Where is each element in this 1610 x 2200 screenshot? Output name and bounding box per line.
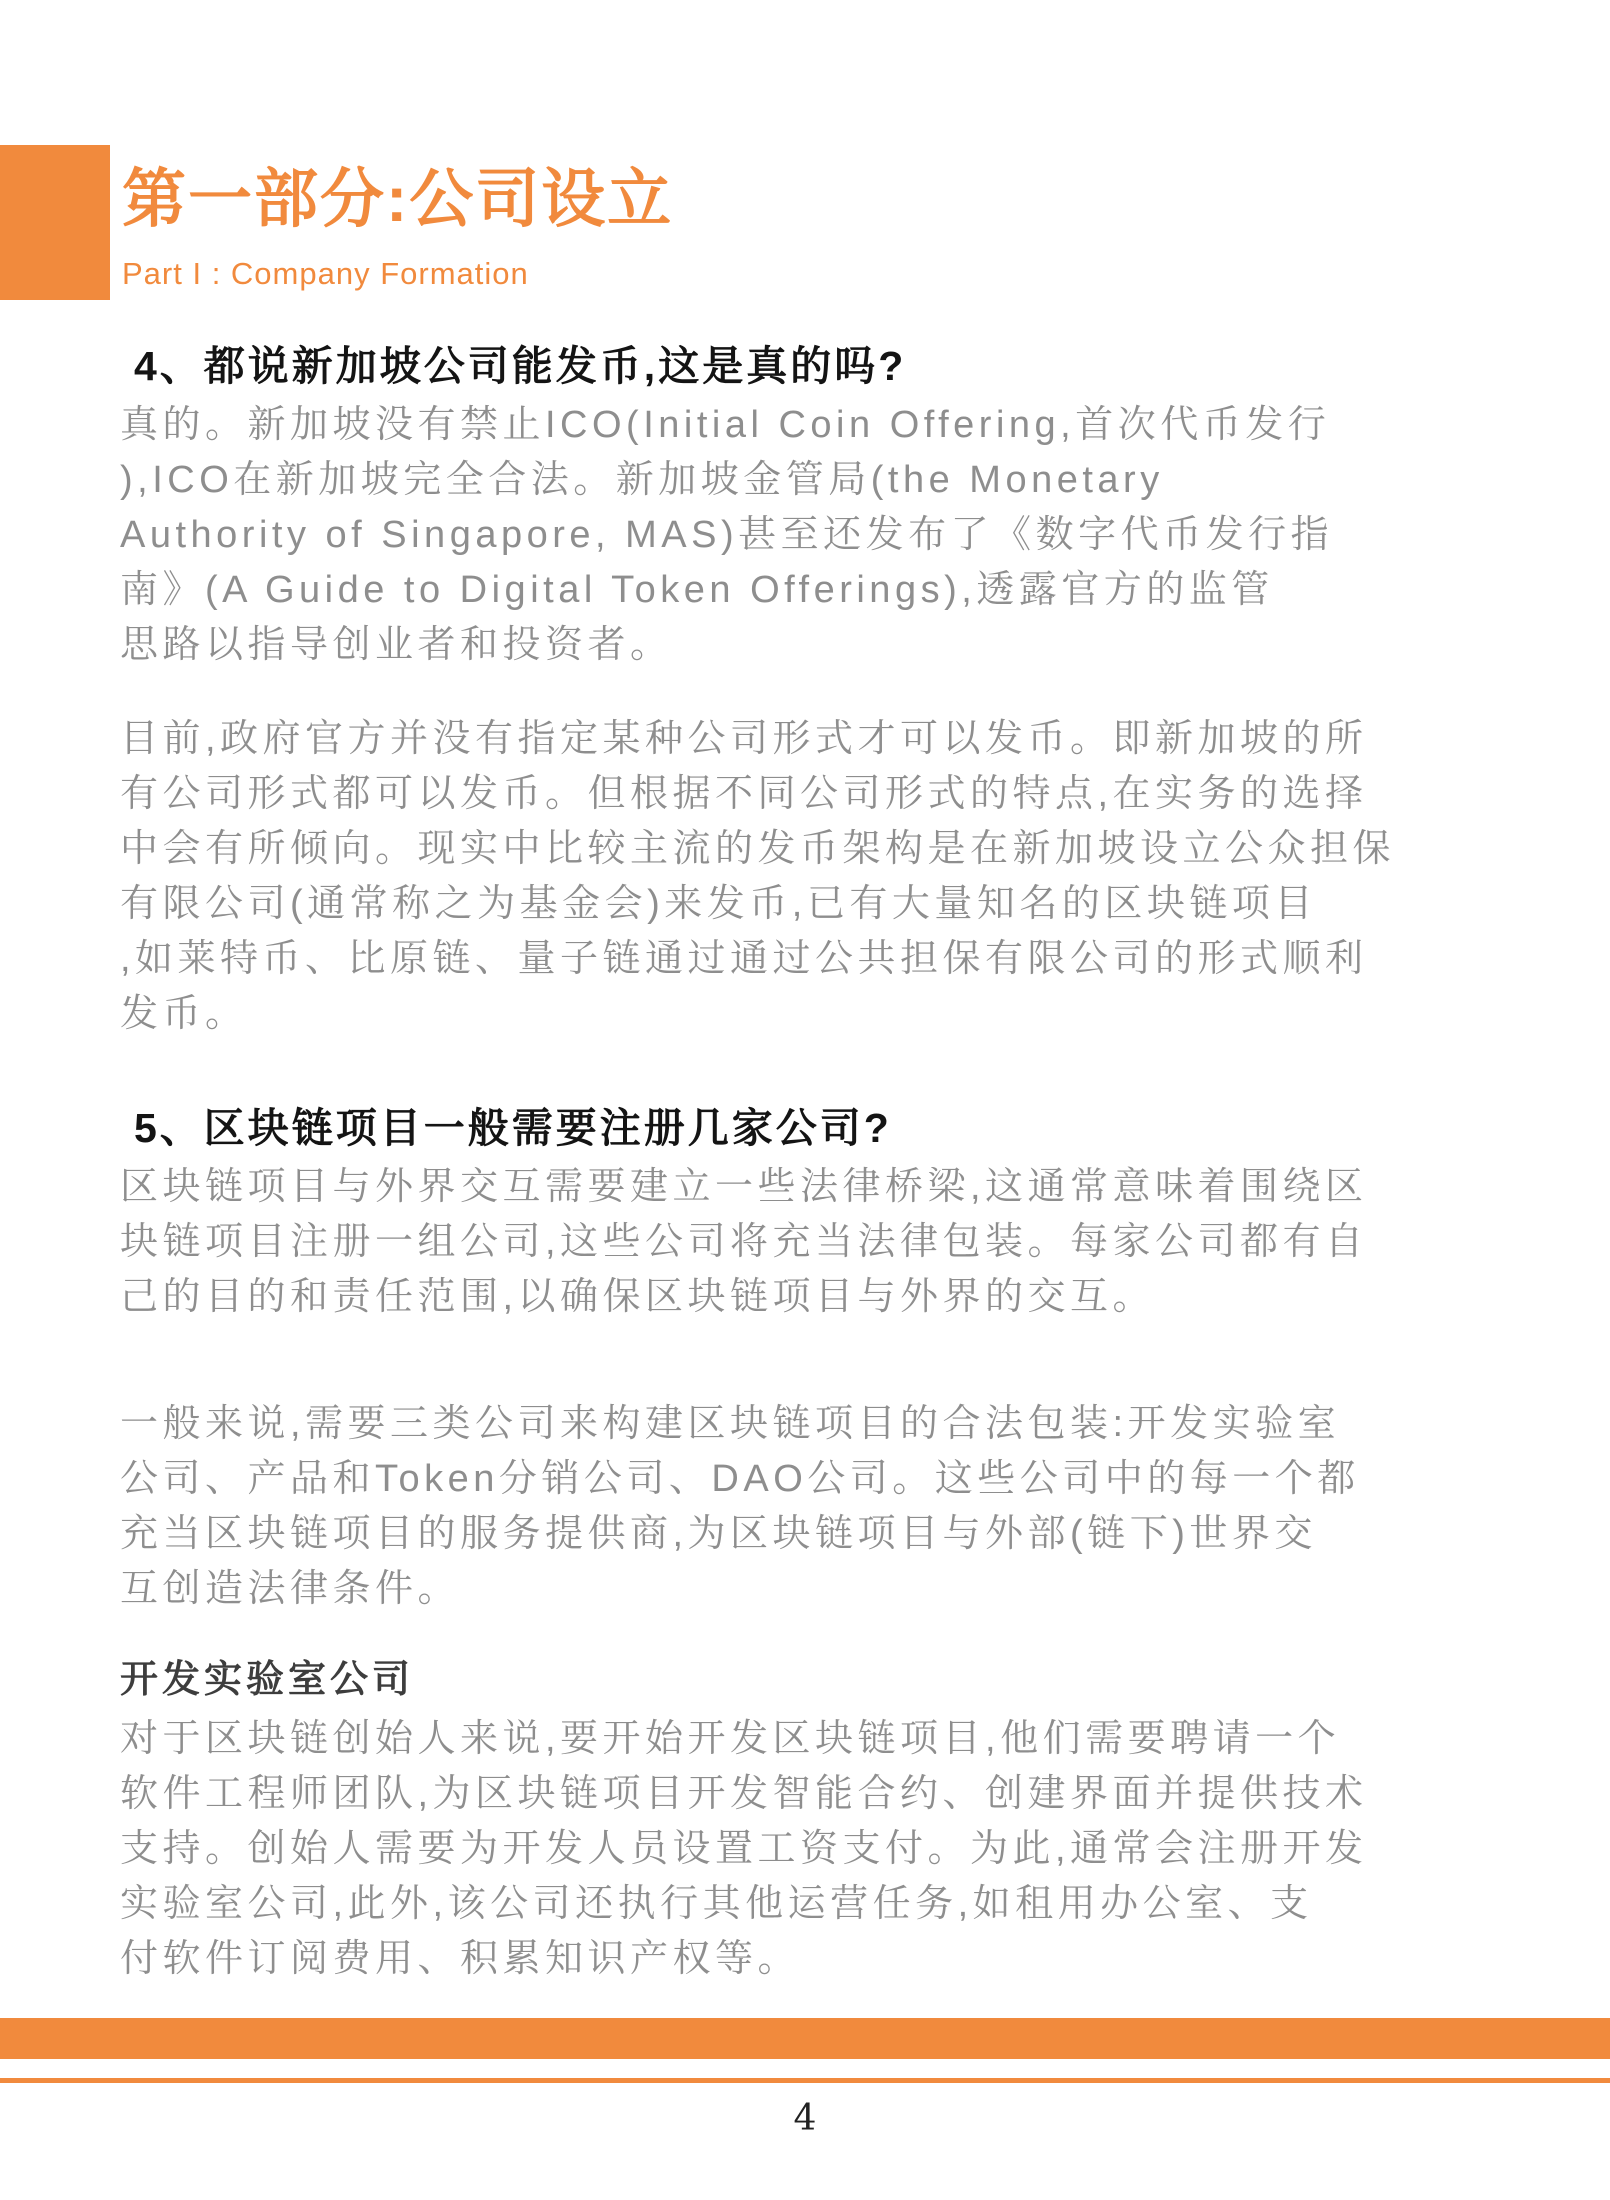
page-subtitle: Part I : Company Formation	[122, 256, 529, 292]
paragraph-line: ,如莱特币、比原链、量子链通过通过公共担保有限公司的形式顺利	[120, 932, 1490, 987]
paragraph-line: 对于区块链创始人来说,要开始开发区块链项目,他们需要聘请一个	[120, 1712, 1490, 1767]
footer-accent-bar	[0, 2018, 1610, 2059]
paragraph-line: 实验室公司,此外,该公司还执行其他运营任务,如租用办公室、支	[120, 1877, 1490, 1932]
paragraph: 对于区块链创始人来说,要开始开发区块链项目,他们需要聘请一个 软件工程师团队,为…	[120, 1712, 1490, 1987]
paragraph-line: 充当区块链项目的服务提供商,为区块链项目与外部(链下)世界交	[120, 1507, 1490, 1562]
paragraph-line: 中会有所倾向。现实中比较主流的发币架构是在新加坡设立公众担保	[120, 822, 1490, 877]
paragraph-line: 思路以指导创业者和投资者。	[120, 618, 1490, 673]
paragraph-line: 互创造法律条件。	[120, 1562, 1490, 1617]
paragraph: 真的。新加坡没有禁止ICO(Initial Coin Offering,首次代币…	[120, 398, 1490, 673]
section-heading-5: 5、区块链项目一般需要注册几家公司?	[134, 1095, 892, 1154]
paragraph: 区块链项目与外界交互需要建立一些法律桥梁,这通常意味着围绕区 块链项目注册一组公…	[120, 1160, 1490, 1325]
page-title: 第一部分:公司设立	[122, 158, 673, 241]
paragraph: 目前,政府官方并没有指定某种公司形式才可以发币。即新加坡的所 有公司形式都可以发…	[120, 712, 1490, 1042]
section-heading-4: 4、都说新加坡公司能发币,这是真的吗?	[134, 333, 906, 392]
paragraph-line: 软件工程师团队,为区块链项目开发智能合约、创建界面并提供技术	[120, 1767, 1490, 1822]
subsection-heading: 开发实验室公司	[120, 1648, 414, 1703]
paragraph-line: 有限公司(通常称之为基金会)来发币,已有大量知名的区块链项目	[120, 877, 1490, 932]
paragraph-line: 一般来说,需要三类公司来构建区块链项目的合法包装:开发实验室	[120, 1397, 1490, 1452]
accent-square	[0, 145, 110, 300]
page-number: 4	[0, 2098, 1610, 2139]
paragraph-line: Authority of Singapore, MAS)甚至还发布了《数字代币发…	[120, 508, 1490, 563]
paragraph: 一般来说,需要三类公司来构建区块链项目的合法包装:开发实验室 公司、产品和Tok…	[120, 1397, 1490, 1617]
paragraph-line: 付软件订阅费用、积累知识产权等。	[120, 1932, 1490, 1987]
paragraph-line: 块链项目注册一组公司,这些公司将充当法律包装。每家公司都有自	[120, 1215, 1490, 1270]
paragraph-line: 真的。新加坡没有禁止ICO(Initial Coin Offering,首次代币…	[120, 398, 1490, 453]
paragraph-line: 南》(A Guide to Digital Token Offerings),透…	[120, 563, 1490, 618]
paragraph-line: 支持。创始人需要为开发人员设置工资支付。为此,通常会注册开发	[120, 1822, 1490, 1877]
paragraph-line: 公司、产品和Token分销公司、DAO公司。这些公司中的每一个都	[120, 1452, 1490, 1507]
paragraph-line: ),ICO在新加坡完全合法。新加坡金管局(the Monetary	[120, 453, 1490, 508]
paragraph-line: 有公司形式都可以发币。但根据不同公司形式的特点,在实务的选择	[120, 767, 1490, 822]
paragraph-line: 己的目的和责任范围,以确保区块链项目与外界的交互。	[120, 1270, 1490, 1325]
document-page: 第一部分:公司设立 Part I : Company Formation 4、都…	[0, 0, 1610, 2200]
paragraph-line: 目前,政府官方并没有指定某种公司形式才可以发币。即新加坡的所	[120, 712, 1490, 767]
footer-rule-line	[0, 2078, 1610, 2083]
paragraph-line: 区块链项目与外界交互需要建立一些法律桥梁,这通常意味着围绕区	[120, 1160, 1490, 1215]
paragraph-line: 发币。	[120, 987, 1490, 1042]
